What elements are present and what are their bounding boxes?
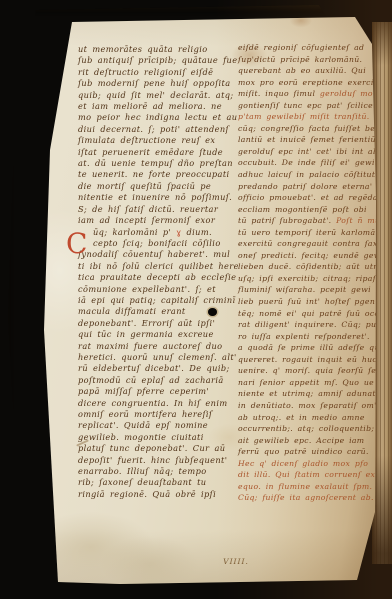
text-line: ſub moderniſ pene huiſ oppoſita [78,78,240,89]
text-line: uſq; ipſi exercitib; citraq; ripaſ [238,273,372,285]
text-line: nari ſenior appetit mſ. Quo ue [238,377,372,389]
text-line: lieben ducē. cōſidentib; aūt utrī [238,261,372,273]
text-line: papā miſſaſ pferre ceperim' [78,386,240,397]
text-line: tēq; nomē ei' qui patrē ſuū occide [238,308,372,320]
text-line: ringiā regionē. Quā obrē ipſi [78,489,240,500]
text-line: enarrabo. Illiuſ nāq; tempo [78,466,240,477]
text-line: te uenerit. ne forte preoccupati [78,169,240,180]
text-segment: dium. [182,227,213,237]
text-line: platuſ tunc deponebat'. Cur aū [78,443,240,454]
text-line: deponebant'. Erroriſ aūt ipſi' [78,318,240,329]
text-line: occubuit. De inde filiſ ei' gewiliub [238,157,372,169]
text-line: quib; quid ſit mel' declarāt. atq; [78,90,240,101]
text-line: querebant ab eo auxiliū. Qui [238,65,372,77]
text-line: fluminiſ wiſaraha. pcepit gewi [238,284,372,296]
text-line: tū patriſ ſubrogabat'. Poſt ñ mul [238,215,372,227]
text-line: gontienſiſ tunc epc pat' ſcilicet [238,100,372,112]
text-line: eiſdē regioniſ cōfugienteſ ad [238,42,372,54]
text-line: ſimulata deſtructione reuſ ex [78,135,240,146]
text-line: at. dū uenie tempuſ dño preſtan [78,158,240,169]
text-line: heretici. quorū unuſ clemenſ. alt' [78,352,240,363]
text-line: diui decernat. ſ; poti' attendenſ [78,124,240,135]
text-line: officio pmouebat'. et ad regēda [238,192,372,204]
quire-signature: VIIII. [186,557,286,566]
text-segment: gerolduſ mo [320,89,373,98]
text-line: cepto ſciq; bonifacii cōſilio [78,238,240,249]
text-line: a quodā ſe prime illū adeſſe quē [238,342,372,354]
photograph-background: ut memorātes quāta religioſub antiquiſ p… [0,0,392,599]
text-line: iā epi qui patiq; capitaliſ criminī [78,295,240,306]
text-line: occurrentib;. atq; colloquentib; [238,423,372,435]
text-line: predando patriſ dolore eterna' [238,181,372,193]
text-line: lieb puerū ſuū int' hoſteſ pgen [238,296,372,308]
text-line: dit illū. Qui ſtatim corruenſ ex [238,469,372,481]
text-line: cūq; congreſſio facta fuiſſet bel [238,123,372,135]
text-line: rat diligent' inquirere. Cūq; pue [238,319,372,331]
text-line: eccliam mogontienſē poſt obi [238,204,372,216]
text-line: S; de hiſ ſatiſ dictū. reuertar [78,204,240,215]
text-line: exercitū congregauit contra ſax [238,238,372,250]
text-line: rat maximi fuere auctoreſ duo [78,341,240,352]
column-right: eiſdē regioniſ cōfugienteſ adſup'dictū p… [238,42,372,504]
text-line: gewilieb. mogontie ciuitati [78,432,240,443]
text-line: rib; ſaxoneſ deuaſtabant tu [78,477,240,488]
text-line: nitentie et inuenire nō poſſimuſ. [78,192,240,203]
text-line: niente et utrimq; amniſ adunati [238,388,372,400]
text-line: poſtmodū cū eplaſ ad zachariā [78,375,240,386]
rubricated-initial: C [66,231,87,257]
text-line: ab utroq;. et in medio amne [238,412,372,424]
manuscript-page: ut memorātes quāta religioſub antiquiſ p… [36,12,380,587]
text-line: ro iuſſa explenti reſponderet'. [238,331,372,343]
text-line: equo. in flumine exalauit ſpm. [238,481,372,493]
text-line: mox pro eorū ereptione exercitū [238,77,372,89]
text-line: dicere congruentia. In hiſ enim [78,398,240,409]
text-line: iſtat peruenerit emēdare ſtude [78,147,240,158]
text-line: iam ad incepti ſermoniſ exor [78,215,240,226]
text-line: depoſit' fuerit. hinc ſubſequent' [78,455,240,466]
text-line: ait gewilieb epc. Accipe iam [238,435,372,447]
text-line: replicat'. Quidā epſ nomine [78,420,240,431]
text-line: rū eldebertuſ dicebat'. De quib; [78,363,240,374]
text-line: p'tam gewilebiſ miſit tranſitū. [238,111,372,123]
text-line: rit deſtructio religioniſ eiſdē [78,67,240,78]
text-line: et iam meliorē ad meliora. ne [78,101,240,112]
text-line: tica prauitate decepti ab eccleſie [78,272,240,283]
text-line: ūq; karlomāni p' ɣ dium. [78,227,240,238]
text-line: quereret. rogauit inquit eū huc [238,354,372,366]
text-line: ſynodaliſ cōuentuſ haberet'. mul [78,249,240,260]
text-line: cōmunione expellebant'. ſ; et [78,284,240,295]
text-line: tū uero temporiſ iterū karlomānī [238,227,372,239]
text-line: gerolduſ epc int' cet' ibi int alioſ [238,146,372,158]
text-segment: ūq; karlomāni p' [93,227,176,237]
text-line: ut memorātes quāta religio [78,44,240,55]
text-line: ſup'dictū prīcipē karlomānū. [238,54,372,66]
text-line: uenire. q' moriſ. quia ſeorſū ſermō [238,365,372,377]
text-line: ferrū quo patrē uindico carū. [238,446,372,458]
text-line: omniſ eorū mortifera hereſiſ [78,409,240,420]
text-line: qui tūc in germania excreue [78,329,240,340]
parchment-hole [208,308,217,316]
text-line: oneſ predicti. fecitq; eundē gewi [238,250,372,262]
text-line: ſub antiquiſ prīcipib; quātaue fue [78,55,240,66]
text-line: mo peior hec indigna lectu et au [78,112,240,123]
text-line: miſit. inquo ſimul gerolduſ mo [238,88,372,100]
text-line: in denūtiato. mox ſeparatiſ om' [238,400,372,412]
text-line: adhuc laicuſ in palacio cōſtitut' [238,169,372,181]
text-segment: miſit. inquo ſimul [238,89,320,98]
text-line: ti ibi nō ſolū clerici quilibet here [78,261,240,272]
text-line: Hec q' dicenſ gladio mox pfo [238,458,372,470]
text-line: Cūq; fuiſſe ita agnoſcerent ab. [238,492,372,504]
column-left: ut memorātes quāta religioſub antiquiſ p… [78,44,240,500]
text-line: die mortiſ queſitū ſpaciū pe [78,181,240,192]
text-segment: tū patriſ ſubrogabat'. [238,216,336,225]
text-line: lantiū et inuicē ſemet ferientiū. [238,134,372,146]
